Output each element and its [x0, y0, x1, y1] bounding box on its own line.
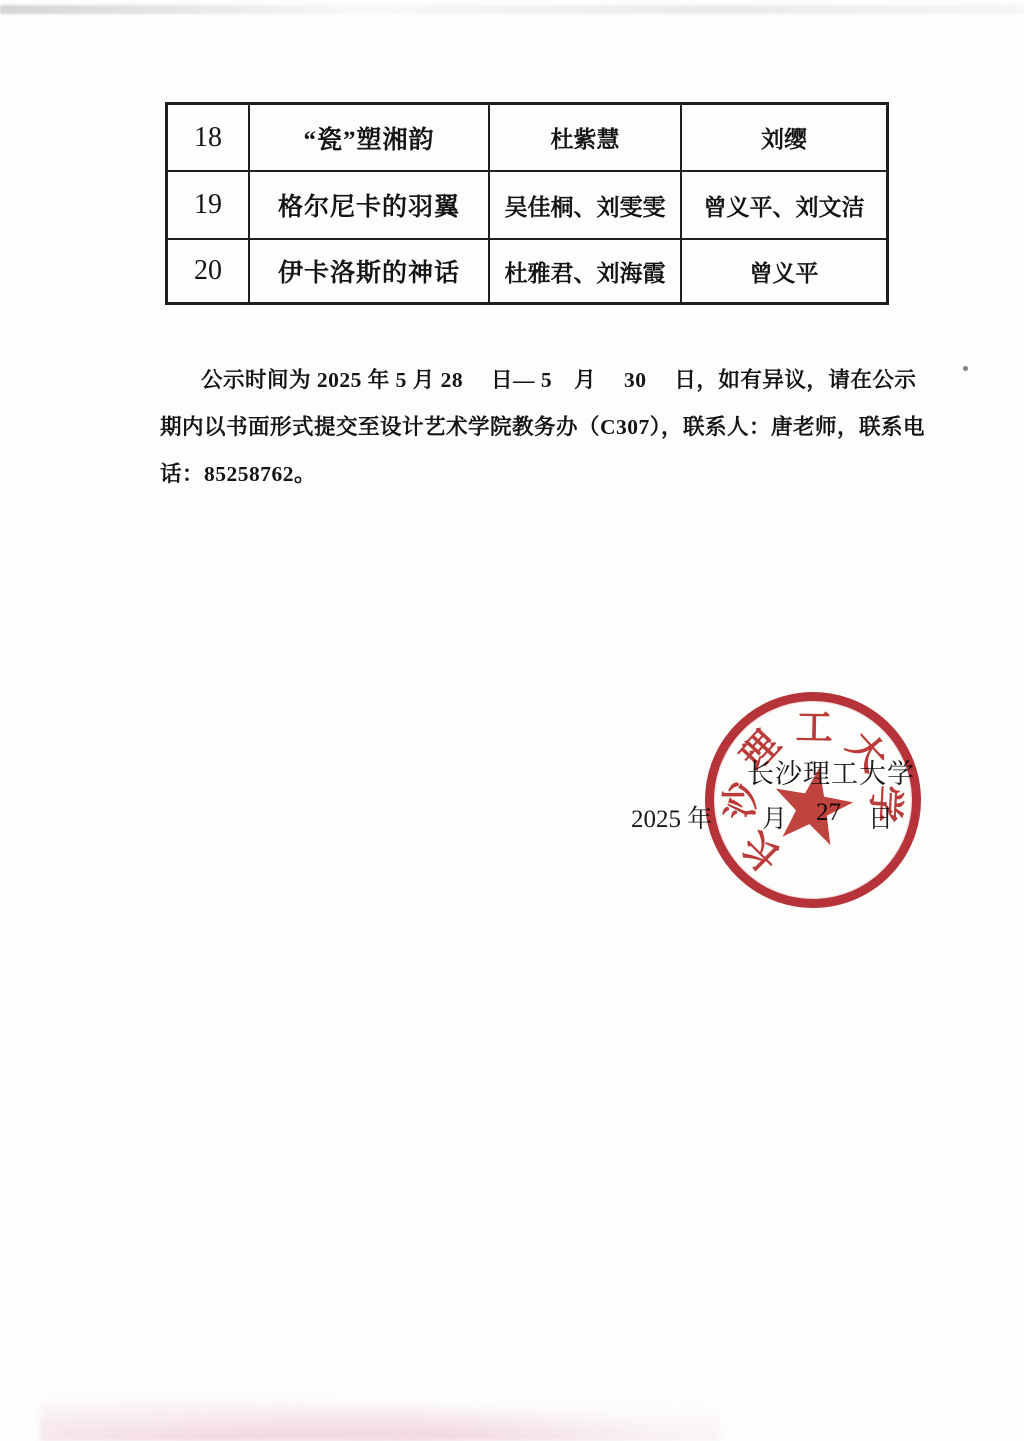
table-cell-no: 20 — [168, 240, 250, 302]
document-page: 18 “瓷”塑湘韵 杜紫慧 刘缨 19 格尔尼卡的羽翼 吴佳桐、刘雯雯 曾义平、… — [0, 0, 1024, 1441]
signature-date-year: 2025 年 — [631, 799, 712, 835]
notice-line: 公示时间为 2025 年 5 月 28 日— 5 月 30 日，如有异议，请在公… — [160, 357, 920, 404]
table-cell-authors: 杜雅君、刘海霞 — [490, 240, 682, 302]
notice-line: 话：85258762。 — [160, 451, 920, 498]
table-cell-title: “瓷”塑湘韵 — [250, 105, 490, 172]
seal-star-icon — [762, 758, 862, 858]
seal-char: 沙 — [710, 782, 764, 819]
table-cell-title: 伊卡洛斯的神话 — [250, 240, 490, 302]
table-cell-no: 19 — [168, 172, 250, 240]
seal-char: 学 — [861, 784, 917, 824]
notice-line: 期内以书面形式提交至设计艺术学院教务办（C307），联系人：唐老师，联系电 — [160, 404, 920, 451]
table-cell-title: 格尔尼卡的羽翼 — [250, 172, 490, 240]
scan-dot-artifact — [963, 366, 968, 371]
results-table: 18 “瓷”塑湘韵 杜紫慧 刘缨 19 格尔尼卡的羽翼 吴佳桐、刘雯雯 曾义平、… — [165, 102, 889, 305]
notice-paragraph: 公示时间为 2025 年 5 月 28 日— 5 月 30 日，如有异议，请在公… — [160, 357, 920, 498]
table-cell-advisors: 曾义平 — [682, 240, 886, 302]
table-cell-no: 18 — [168, 105, 250, 172]
table-cell-authors: 杜紫慧 — [490, 105, 682, 172]
scan-smudge-artifact — [40, 1381, 720, 1441]
table-cell-advisors: 曾义平、刘文洁 — [682, 172, 886, 240]
table-cell-authors: 吴佳桐、刘雯雯 — [490, 172, 682, 240]
official-seal: 长 沙 理 工 大 学 — [701, 688, 924, 911]
seal-char: 工 — [795, 697, 833, 752]
table-cell-advisors: 刘缨 — [682, 105, 886, 172]
scan-streak-artifact — [0, 5, 1024, 14]
